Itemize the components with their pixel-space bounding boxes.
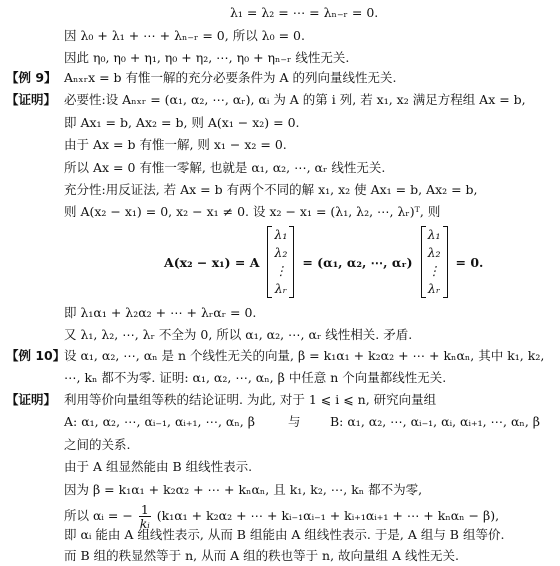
matrix-mid: = (α₁, α₂, ⋯, αᵣ): [302, 255, 412, 270]
text-line: 所以 Ax = 0 有惟一零解, 也就是 α₁, α₂, ⋯, αᵣ 线性无关.: [64, 159, 385, 177]
text-line: 必要性:设 Aₙₓᵣ = (α₁, α₂, ⋯, αᵣ), αᵢ 为 A 的第 …: [64, 91, 526, 109]
text-line: 即 Ax₁ = b, Ax₂ = b, 则 A(x₁ − x₂) = 0.: [64, 114, 300, 132]
text-line: 即 λ₁α₁ + λ₂α₂ + ⋯ + λᵣαᵣ = 0.: [64, 304, 256, 322]
text-line: 而 B 组的秩显然等于 n, 从而 A 组的秩也等于 n, 故向量组 A 线性无…: [64, 547, 459, 565]
text-and: 与: [288, 413, 301, 431]
example-10-statement: 设 α₁, α₂, ⋯, αₙ 是 n 个线性无关的向量, β = k₁α₁ +…: [64, 347, 544, 365]
text-line: 因 λ₀ + λ₁ + ⋯ + λₙ₋ᵣ = 0, 所以 λ₀ = 0.: [64, 27, 305, 45]
group-a: A: α₁, α₂, ⋯, αᵢ₋₁, αᵢ₊₁, ⋯, αₙ, β: [64, 413, 255, 431]
example-10-statement: ⋯, kₙ 都不为零. 证明: α₁, α₂, ⋯, αₙ, β 中任意 n 个…: [64, 369, 446, 387]
example-9-label: 【例 9】: [6, 69, 57, 87]
text-line: 即 αᵢ 能由 A 组线性表示, 从而 B 组能由 A 组线性表示. 于是, A…: [64, 526, 504, 544]
lambda-vector: λ₁ λ₂ ⋮ λᵣ: [421, 226, 448, 298]
text-line: 因此 η₀, η₀ + η₁, η₀ + η₂, ⋯, η₀ + ηₙ₋ᵣ 线性…: [64, 49, 349, 67]
text-line: 因为 β = k₁α₁ + k₂α₂ + ⋯ + kₙαₙ, 且 k₁, k₂,…: [64, 481, 422, 499]
text-line: 由于 A 组显然能由 B 组线性表示.: [64, 458, 252, 476]
proof-label: 【证明】: [6, 91, 56, 109]
text-line: 之间的关系.: [64, 436, 130, 454]
group-b: B: α₁, α₂, ⋯, αᵢ₋₁, αᵢ, αᵢ₊₁, ⋯, αₙ, β: [330, 413, 540, 431]
lambda-vector: λ₁ λ₂ ⋮ λᵣ: [267, 226, 294, 298]
matrix-rhs: = 0.: [456, 255, 484, 270]
equation-lambda-zero: λ₁ = λ₂ = ⋯ = λₙ₋ᵣ = 0.: [230, 4, 378, 22]
text-line: 又 λ₁, λ₂, ⋯, λᵣ 不全为 0, 所以 α₁, α₂, ⋯, αᵣ …: [64, 326, 412, 344]
example-10-label: 【例 10】: [6, 347, 65, 365]
text-line: 由于 Ax = b 有惟一解, 则 x₁ − x₂ = 0.: [64, 136, 287, 154]
example-9-statement: Aₙₓᵣx = b 有惟一解的充分必要条件为 A 的列向量线性无关.: [64, 69, 396, 87]
matrix-equation: A(x₂ − x₁) = A λ₁ λ₂ ⋮ λᵣ = (α₁, α₂, ⋯, …: [160, 226, 487, 304]
text-line: 充分性:用反证法, 若 Ax = b 有两个不同的解 x₁, x₂ 使 Ax₁ …: [64, 181, 478, 199]
proof-label: 【证明】: [6, 391, 56, 409]
text-line: 则 A(x₂ − x₁) = 0, x₂ − x₁ ≠ 0. 设 x₂ − x₁…: [64, 203, 440, 221]
matrix-lhs: A(x₂ − x₁) = A: [164, 255, 259, 270]
text-line: 利用等价向量组等秩的结论证明. 为此, 对于 1 ⩽ i ⩽ n, 研究向量组: [64, 391, 436, 409]
